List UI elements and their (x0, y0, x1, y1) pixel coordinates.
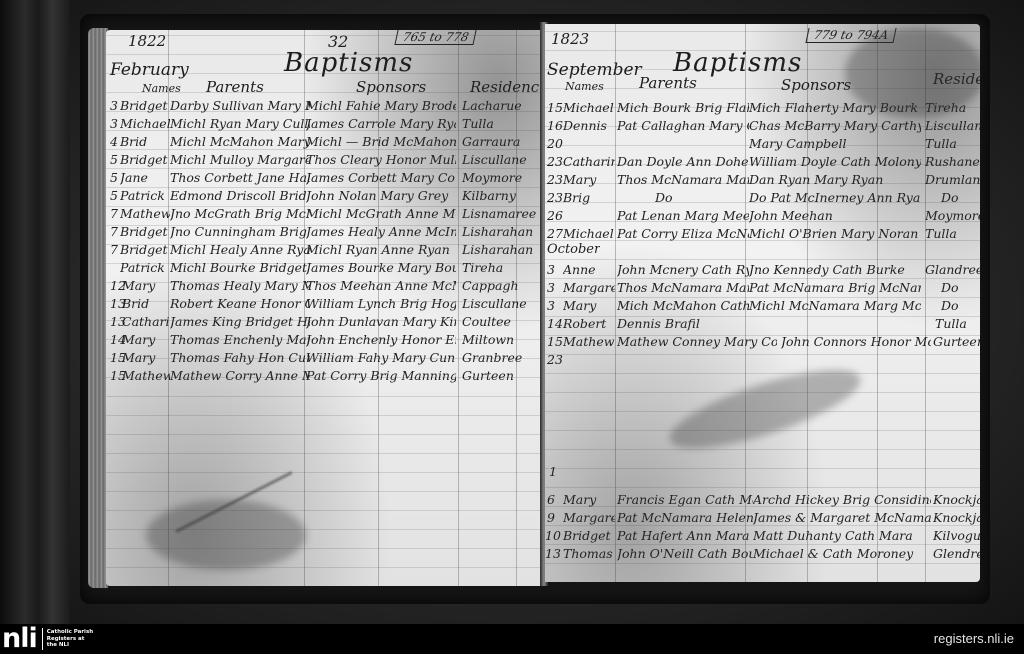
left-col-residence: Residence (470, 78, 542, 96)
nli-logo-mark: nli (2, 626, 37, 652)
table-row: 5PatrickEdmond Driscoll Brid ConwayJohn … (106, 188, 542, 206)
left-col-names: Names (142, 82, 181, 95)
table-row: 23 (545, 352, 980, 370)
logo-text-line: Catholic Parish (47, 629, 93, 635)
right-page-month: September (547, 60, 642, 80)
left-page-month: February (110, 60, 189, 80)
month-label-row: October (545, 242, 980, 260)
table-row: 3AnneJohn Mcnery Cath RyanJno Kennedy Ca… (545, 262, 980, 280)
table-row: 3MaryMich McMahon Cath BurkeMichl McNama… (545, 298, 980, 316)
table-row: 5BridgetMichl Mulloy Margaret MurryThos … (106, 152, 542, 170)
page-edges (88, 28, 108, 588)
footer-bar: nli Catholic Parish Registers at the NLI… (0, 624, 1024, 654)
registers-site-link[interactable]: registers.nli.ie (934, 631, 1014, 646)
left-col-parents: Parents (206, 78, 264, 96)
left-entry-range: 765 to 778 (394, 30, 477, 45)
logo-text-line: the NLI (47, 642, 69, 648)
table-row: 14RobertDennis BrafilTulla (545, 316, 980, 334)
table-row: 7MathewJno McGrath Brig McMahonMichl McG… (106, 206, 542, 224)
right-page: 1823 779 to 794A Baptisms September Name… (545, 24, 980, 582)
nli-logo-text: Catholic Parish Registers at the NLI (47, 629, 93, 649)
section-heading-row: 1 (545, 464, 980, 482)
table-row: 13ThomasJohn O'Neill Cath BourkMichael &… (545, 546, 980, 564)
right-col-names: Names (565, 80, 604, 93)
right-col-sponsors: Sponsors (781, 76, 851, 94)
table-row: 6MaryFrancis Egan Cath McNamaraArchd Hic… (545, 492, 980, 510)
table-row: 9MargaretPat McNamara Helen BourkJames &… (545, 510, 980, 528)
nli-logo[interactable]: nli Catholic Parish Registers at the NLI (2, 626, 93, 652)
table-row: 13CatharineJames King Bridget HayesJohn … (106, 314, 542, 332)
table-row: 7BridgetJno Cunningham Brig HealyJames H… (106, 224, 542, 242)
logo-divider (42, 628, 43, 650)
page-stain (662, 354, 868, 463)
table-row: 23MaryThos McNamara Mary HareDan Ryan Ma… (545, 172, 980, 190)
table-row: 15MathewMathew Conney Mary ConnorJohn Co… (545, 334, 980, 352)
logo-text-line: Registers at (47, 636, 85, 642)
table-row: 13BridRobert Keane Honor ConwayWilliam L… (106, 296, 542, 314)
right-col-parents: Parents (639, 74, 697, 92)
table-row: 3MargaretThos McNamara Marg HawkinsPat M… (545, 280, 980, 298)
table-row: 12MaryThomas Healy Mary MeehanThos Meeha… (106, 278, 542, 296)
left-page-title: Baptisms (284, 48, 413, 78)
table-row: 16DennisPat Callaghan Mary ConnellChas M… (545, 118, 980, 136)
left-page-year: 1822 (128, 32, 166, 50)
page-stain (845, 28, 980, 118)
scanner-edge (0, 0, 70, 624)
left-page: 1822 32 765 to 778 Baptisms February Nam… (106, 30, 542, 586)
table-row: 10BridgetPat Hafert Ann MaraMatt Duhanty… (545, 528, 980, 546)
table-row: 15MathewMathew Corry Anne MoroneyPat Cor… (106, 368, 542, 386)
table-row: 23BrigDoDo Pat McInerney Ann RyanDo (545, 190, 980, 208)
table-row: 15MaryThomas Fahy Hon CunninghamWilliam … (106, 350, 542, 368)
right-page-year: 1823 (551, 30, 589, 48)
table-row: 5JaneThos Corbett Jane HalloranJames Cor… (106, 170, 542, 188)
table-row: 23CatharineDan Doyle Ann DohertyWilliam … (545, 154, 980, 172)
table-row: PatrickMichl Bourke Bridget FlahertyJame… (106, 260, 542, 278)
table-row: 20Mary CampbellTulla (545, 136, 980, 154)
table-row: 3BridgetDarby Sullivan Mary ManningMichl… (106, 98, 542, 116)
table-row: 14MaryThomas Enchenly Mary HennessyJohn … (106, 332, 542, 350)
left-col-sponsors: Sponsors (356, 78, 426, 96)
table-row: 26Pat Lenan Marg MeehanJohn MeehanMoymor… (545, 208, 980, 226)
table-row: 7BridgetMichl Healy Anne RyanMichl Ryan … (106, 242, 542, 260)
page-stain (146, 500, 306, 570)
table-row: 4BridMichl McMahon Mary HeaneyMichl — Br… (106, 134, 542, 152)
table-row: 3MichaelMichl Ryan Mary CullineJames Car… (106, 116, 542, 134)
register-image-viewer: 1822 32 765 to 778 Baptisms February Nam… (0, 0, 1024, 624)
